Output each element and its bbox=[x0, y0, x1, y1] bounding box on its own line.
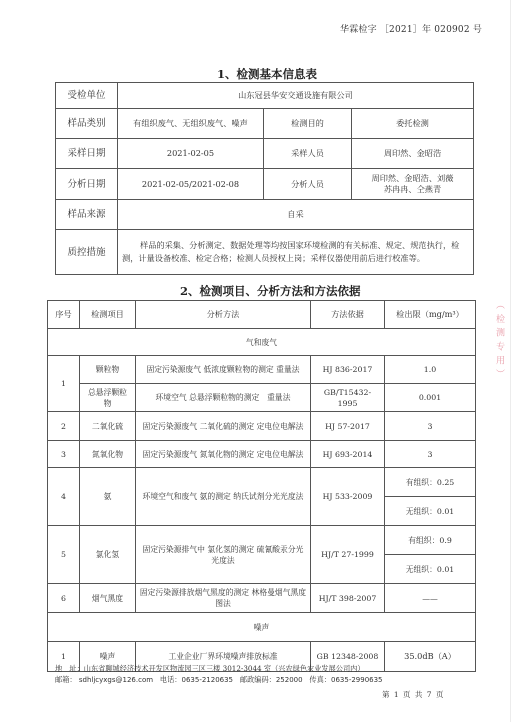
row-limit-unorganized: 无组织：0.01 bbox=[385, 555, 476, 584]
footer-address-line: 地 址：山东省聊城经济技术开发区物流园三区三楼 3012-3044 室（兴农绿色… bbox=[55, 664, 365, 674]
row-method: 固定污染源废气 氮氧化物的测定 定电位电解法 bbox=[136, 441, 311, 468]
analyst-label: 分析人员 bbox=[264, 169, 352, 200]
page-number: 第 1 页 共 7 页 bbox=[382, 689, 444, 700]
client-label: 受检单位 bbox=[56, 83, 118, 109]
row-item: 氯化氢 bbox=[80, 526, 136, 584]
row-basis: HJ 836-2017 bbox=[311, 356, 385, 384]
row-sample-source: 样品来源 自采 bbox=[56, 200, 474, 230]
table-row: 总悬浮颗粒物 环境空气 总悬浮颗粒物的测定 重量法 GB/T15432-1995… bbox=[48, 384, 476, 412]
purpose-value: 委托检测 bbox=[352, 109, 474, 139]
row-limit: 3 bbox=[385, 412, 476, 441]
email-label: 邮箱： bbox=[55, 675, 77, 684]
analyst-line-1: 周印然、金昭浩、刘薇 bbox=[355, 173, 470, 184]
analyst-line-2: 苏冉冉、仝燕青 bbox=[355, 184, 470, 195]
methods-table: 序号 检测项目 分析方法 方法依据 检出限（mg/m³） 气和废气 1 颗粒物 … bbox=[47, 300, 476, 672]
group-row-gas: 气和废气 bbox=[48, 329, 476, 356]
sampler-label: 采样人员 bbox=[264, 139, 352, 169]
group-label-noise: 噪声 bbox=[48, 613, 476, 642]
section1-title: 1、检测基本信息表 bbox=[217, 66, 317, 82]
table-row: 2 二氧化硫 固定污染源废气 二氧化硫的测定 定电位电解法 HJ 57-2017… bbox=[48, 412, 476, 441]
row-item: 二氧化硫 bbox=[80, 412, 136, 441]
row-no: 4 bbox=[48, 468, 80, 526]
row-limit-organized: 有组织：0.25 bbox=[385, 468, 476, 497]
row-method: 环境空气和废气 氨的测定 纳氏试剂分光光度法 bbox=[136, 468, 311, 526]
sampler-value: 周印然、金昭浩 bbox=[352, 139, 474, 169]
row-method: 环境空气 总悬浮颗粒物的测定 重量法 bbox=[136, 384, 311, 412]
row-method: 固定污染源排气中 氯化氢的测定 硫氰酸汞分光光度法 bbox=[136, 526, 311, 584]
postcode-label: 邮政编码： bbox=[240, 675, 276, 684]
row-limit: 0.001 bbox=[385, 384, 476, 412]
fax-value: 0635-2990635 bbox=[331, 676, 383, 684]
group-row-noise: 噪声 bbox=[48, 613, 476, 642]
sample-source-value: 自采 bbox=[118, 200, 474, 230]
row-sampling-date: 采样日期 2021-02-05 采样人员 周印然、金昭浩 bbox=[56, 139, 474, 169]
document-number: 华霖检字 ［2021］年 020902 号 bbox=[340, 22, 482, 35]
table-header-row: 序号 检测项目 分析方法 方法依据 检出限（mg/m³） bbox=[48, 301, 476, 329]
row-qc: 质控措施 样品的采集、分析测定、数据处理等均按国家环境检测的有关标准、规定、规范… bbox=[56, 230, 474, 275]
postcode-value: 252000 bbox=[276, 676, 303, 684]
row-method: 固定污染源排放烟气黑度的测定 林格曼烟气黑度图法 bbox=[136, 584, 311, 613]
col-header-limit: 检出限（mg/m³） bbox=[385, 301, 476, 329]
row-limit: 35.0dB（A） bbox=[385, 642, 476, 672]
fax-label: 传真： bbox=[309, 675, 331, 684]
row-limit-organized: 有组织：0.9 bbox=[385, 526, 476, 555]
row-sample-type: 样品类别 有组织废气、无组织废气、噪声 检测目的 委托检测 bbox=[56, 109, 474, 139]
analysis-date-label: 分析日期 bbox=[56, 169, 118, 200]
group-label-gas: 气和废气 bbox=[48, 329, 476, 356]
col-header-item: 检测项目 bbox=[80, 301, 136, 329]
row-limit: 1.0 bbox=[385, 356, 476, 384]
table-row: 4 氨 环境空气和废气 氨的测定 纳氏试剂分光光度法 HJ 533-2009 有… bbox=[48, 468, 476, 497]
row-item: 总悬浮颗粒物 bbox=[80, 384, 136, 412]
row-method: 固定污染源废气 二氧化硫的测定 定电位电解法 bbox=[136, 412, 311, 441]
col-header-no: 序号 bbox=[48, 301, 80, 329]
phone-label: 电话： bbox=[160, 675, 182, 684]
purpose-label: 检测目的 bbox=[264, 109, 352, 139]
address-label: 地 址： bbox=[55, 664, 84, 673]
qc-value: 样品的采集、分析测定、数据处理等均按国家环境检测的有关标准、规定、规范执行，检测… bbox=[118, 230, 474, 275]
sampling-date-label: 采样日期 bbox=[56, 139, 118, 169]
sample-type-value: 有组织废气、无组织废气、噪声 bbox=[118, 109, 264, 139]
row-basis: HJ 533-2009 bbox=[311, 468, 385, 526]
row-method: 固定污染源废气 低浓度颗粒物的测定 重量法 bbox=[136, 356, 311, 384]
inspection-stamp-fragment: （ 检 测 专 用 ） bbox=[490, 300, 506, 420]
analyst-value: 周印然、金昭浩、刘薇 苏冉冉、仝燕青 bbox=[352, 169, 474, 200]
row-item: 烟气黑度 bbox=[80, 584, 136, 613]
sample-source-label: 样品来源 bbox=[56, 200, 118, 230]
col-header-basis: 方法依据 bbox=[311, 301, 385, 329]
footer-contact-line: 邮箱： sdhljcyxgs@126.com 电话：0635-2120635 邮… bbox=[55, 675, 383, 685]
table-row: 1 颗粒物 固定污染源废气 低浓度颗粒物的测定 重量法 HJ 836-2017 … bbox=[48, 356, 476, 384]
row-basis: HJ/T 27-1999 bbox=[311, 526, 385, 584]
row-item: 颗粒物 bbox=[80, 356, 136, 384]
phone-value: 0635-2120635 bbox=[182, 676, 234, 684]
row-no: 6 bbox=[48, 584, 80, 613]
address-value: 山东省聊城经济技术开发区物流园三区三楼 3012-3044 室（兴农绿色农业发展… bbox=[84, 664, 365, 673]
table-row: 6 烟气黑度 固定污染源排放烟气黑度的测定 林格曼烟气黑度图法 HJ/T 398… bbox=[48, 584, 476, 613]
row-item: 氨 bbox=[80, 468, 136, 526]
col-header-method: 分析方法 bbox=[136, 301, 311, 329]
row-basis: HJ/T 398-2007 bbox=[311, 584, 385, 613]
row-no: 5 bbox=[48, 526, 80, 584]
row-item: 氮氧化物 bbox=[80, 441, 136, 468]
row-limit: 3 bbox=[385, 441, 476, 468]
row-analysis-date: 分析日期 2021-02-05/2021-02-08 分析人员 周印然、金昭浩、… bbox=[56, 169, 474, 200]
sample-type-label: 样品类别 bbox=[56, 109, 118, 139]
table-row: 5 氯化氢 固定污染源排气中 氯化氢的测定 硫氰酸汞分光光度法 HJ/T 27-… bbox=[48, 526, 476, 555]
row-no: 1 bbox=[48, 356, 80, 412]
analysis-date-value: 2021-02-05/2021-02-08 bbox=[118, 169, 264, 200]
table-row: 3 氮氧化物 固定污染源废气 氮氧化物的测定 定电位电解法 HJ 693-201… bbox=[48, 441, 476, 468]
sampling-date-value: 2021-02-05 bbox=[118, 139, 264, 169]
email-value: sdhljcyxgs@126.com bbox=[79, 676, 153, 684]
qc-label: 质控措施 bbox=[56, 230, 118, 275]
row-basis: HJ 693-2014 bbox=[311, 441, 385, 468]
client-value: 山东冠县华安交通设施有限公司 bbox=[118, 83, 474, 109]
basic-info-table: 受检单位 山东冠县华安交通设施有限公司 样品类别 有组织废气、无组织废气、噪声 … bbox=[55, 82, 474, 275]
row-basis: HJ 57-2017 bbox=[311, 412, 385, 441]
row-limit-unorganized: 无组织：0.01 bbox=[385, 497, 476, 526]
row-limit: —— bbox=[385, 584, 476, 613]
row-no: 3 bbox=[48, 441, 80, 468]
section2-title: 2、检测项目、分析方法和方法依据 bbox=[180, 283, 361, 299]
row-no: 2 bbox=[48, 412, 80, 441]
row-basis: GB/T15432-1995 bbox=[311, 384, 385, 412]
row-client: 受检单位 山东冠县华安交通设施有限公司 bbox=[56, 83, 474, 109]
